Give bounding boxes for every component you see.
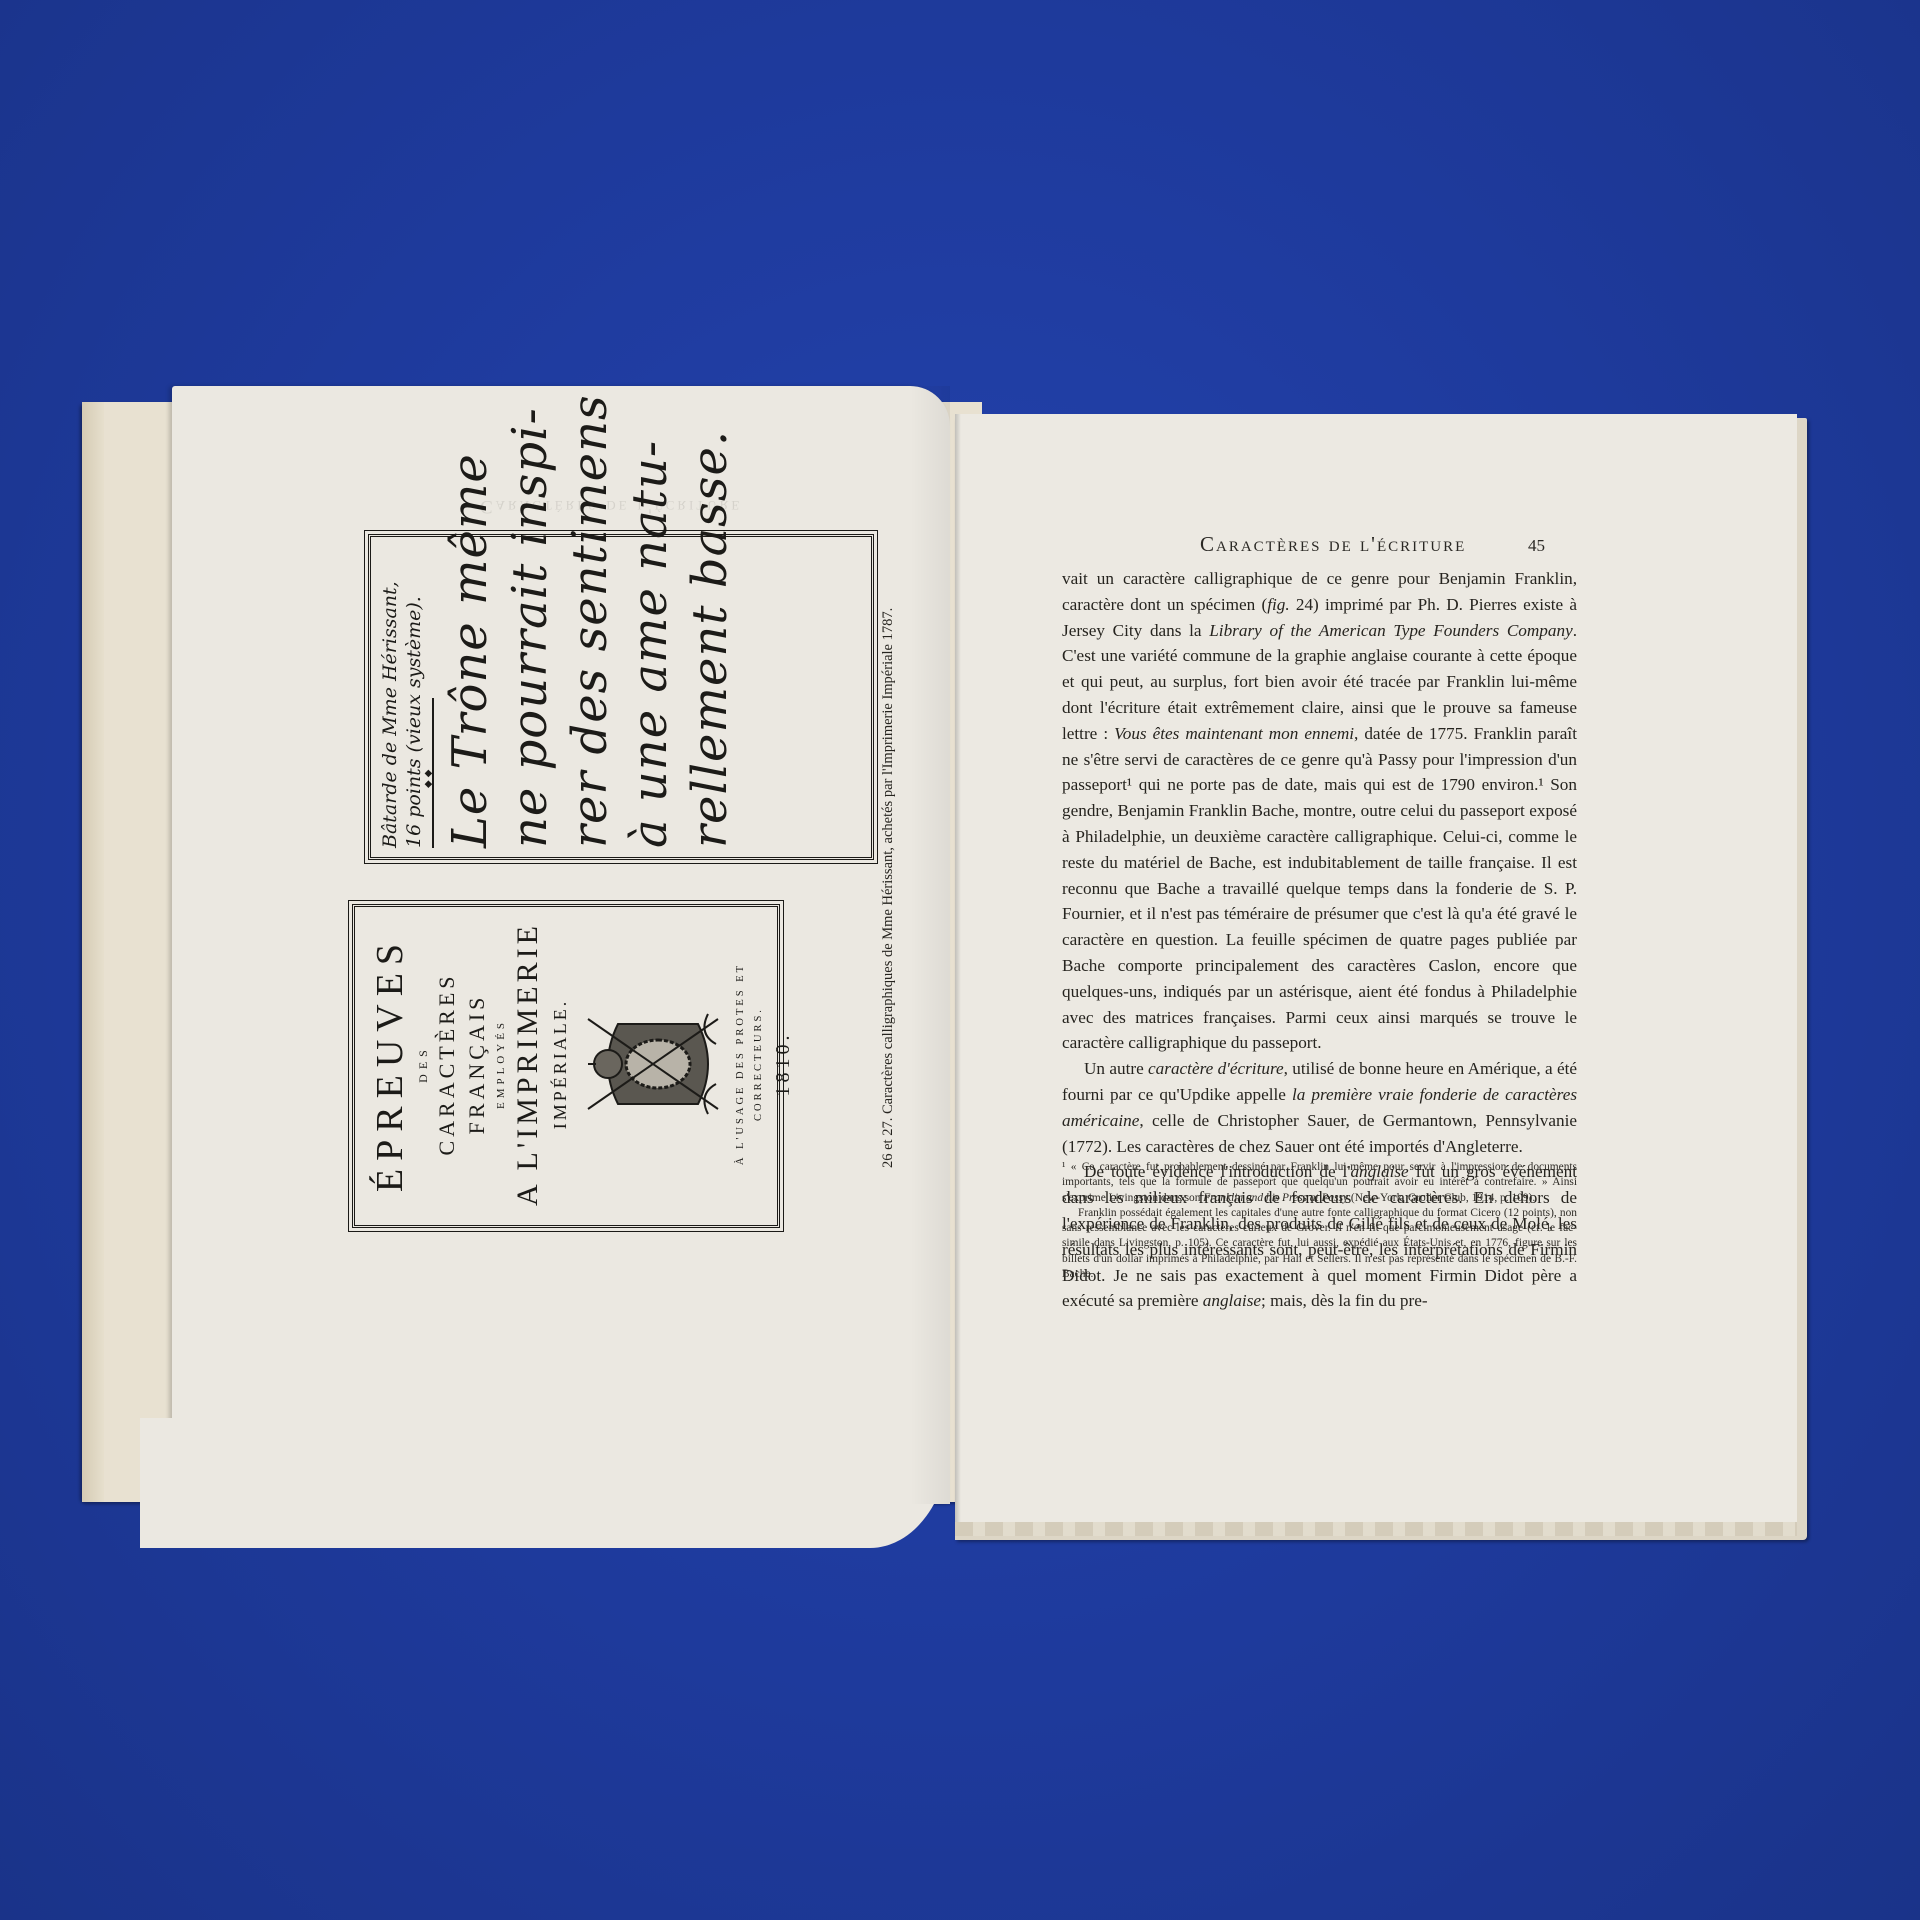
- plate-epreuves: ÉPREUVES DES CARACTÈRES FRANÇAIS EMPLOYÉ…: [362, 914, 766, 1214]
- epreuves-year: 1810.: [768, 914, 798, 1214]
- script-line: à une ame natu-: [620, 542, 680, 848]
- footnote: ¹ « Ce caractère fut probablement dessin…: [1062, 1160, 1577, 1206]
- running-head: Caractères de l'écriture: [1200, 532, 1466, 557]
- deckle-edge: [955, 1522, 1797, 1536]
- left-page-curl: [140, 1418, 950, 1548]
- batarde-title-line-1: Bâtarde de Mme Hérissant,: [378, 542, 402, 848]
- gutter-shadow: [955, 414, 961, 1524]
- script-line: rellement basse.: [680, 542, 740, 848]
- footnote: Franklin possédait également les capital…: [1062, 1206, 1577, 1282]
- epreuves-des: DES: [414, 914, 432, 1214]
- imperial-crest-icon: [578, 1004, 728, 1124]
- epreuves-usage: À L'USAGE DES PROTES ET CORRECTEURS.: [732, 914, 768, 1214]
- page-number: 45: [1528, 536, 1545, 556]
- open-book: Caractères de l'écriture Bâtarde de Mme …: [0, 0, 1920, 1920]
- paragraph: Un autre caractère d'écriture, utilisé d…: [1062, 1056, 1577, 1159]
- ornamental-rule: [432, 698, 434, 848]
- spine-shadow: [910, 386, 950, 1504]
- plate-batarde: Bâtarde de Mme Hérissant, 16 points (vie…: [378, 542, 868, 848]
- footnotes: ¹ « Ce caractère fut probablement dessin…: [1062, 1160, 1577, 1282]
- script-line: rer des sentimens: [560, 542, 620, 848]
- epreuves-title: ÉPREUVES: [366, 914, 414, 1214]
- paragraph: vait un caractère calligraphique de ce g…: [1062, 566, 1577, 1056]
- epreuves-caracteres: CARACTÈRES FRANÇAIS: [432, 914, 492, 1214]
- epreuves-employes: EMPLOYÉS: [492, 914, 510, 1214]
- script-line: Le Trône même: [440, 542, 500, 848]
- figure-caption: 26 et 27. Caractères calligraphiques de …: [880, 608, 897, 1168]
- epreuves-imperiale: IMPÉRIALE.: [546, 914, 574, 1214]
- script-line: ne pourrait inspi-: [500, 542, 560, 848]
- epreuves-imprimerie: A L'IMPRIMERIE: [510, 914, 546, 1214]
- batarde-title-line-2: 16 points (vieux système).: [402, 542, 426, 848]
